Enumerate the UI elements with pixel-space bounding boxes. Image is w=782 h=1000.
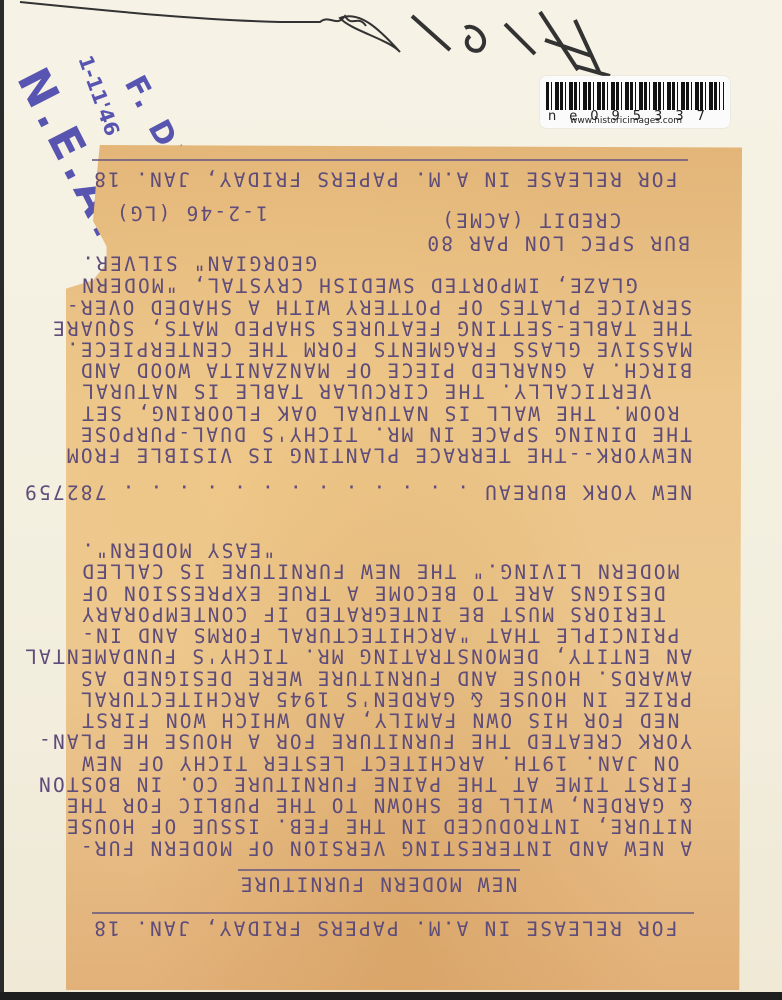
- caption-line: NEWYORK--THE TERRACE PLANTING IS VISIBLE…: [80, 442, 692, 467]
- story-line: A NEW AND INTERESTING VERSION OF MODERN …: [80, 835, 692, 860]
- story-line: NITURE, INTRODUCED IN THE FEB. ISSUE OF …: [80, 813, 692, 838]
- barcode-bars: [546, 82, 724, 110]
- bureau-line: NEW YORK BUREAU . . . . . . . . . . . . …: [80, 479, 692, 504]
- credit-line: CREDIT (ACME): [440, 207, 690, 232]
- barcode-sticker: ne095337 www.historicimages.com: [540, 76, 730, 128]
- release-footer: FOR RELEASE IN A.M. PAPERS FRIDAY, JAN. …: [92, 915, 692, 940]
- story-line: YORK CREATED THE FURNITURE FOR A HOUSE H…: [80, 728, 692, 753]
- caption-line: GLAZE, IMPORTED SWEDISH CRYSTAL, "MODERN: [80, 272, 692, 297]
- story-line: AN ENTITY, DEMONSTRATING MR. TICHY'S FUN…: [80, 643, 692, 668]
- scan-edge-left: [0, 0, 4, 1000]
- date-code: 1-2-46 (LG): [98, 200, 268, 225]
- story-line: MODERN LIVING." THE NEW FURNITURE IS CAL…: [80, 558, 692, 583]
- header-rule: [92, 159, 688, 161]
- bureau-number: 782759: [23, 481, 107, 504]
- release-header: FOR RELEASE IN A.M. PAPERS FRIDAY, JAN. …: [92, 166, 692, 191]
- story-headline: NEW MODERN FURNITURE: [238, 871, 518, 896]
- barcode-site: www.historicimages.com: [570, 116, 682, 126]
- caption-line: VERTICALLY. THE CIRCULAR TABLE IS NATURA…: [80, 378, 692, 403]
- footer-rule: [92, 912, 694, 914]
- bureau-dots: . . . . . . . . . . . . .: [120, 481, 469, 504]
- caption-line: GEORGIAN" SILVER.: [80, 250, 692, 275]
- bureau-name: NEW YORK BUREAU: [483, 481, 692, 504]
- scan-edge-bottom: [0, 992, 782, 1000]
